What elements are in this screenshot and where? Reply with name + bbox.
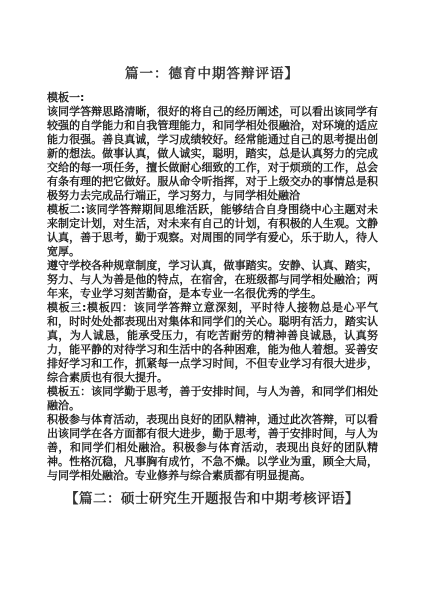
template-2-text: 模板二:该同学答辩期间思维活跃，能够结合自身围绕中心主题对未来制定计划，对生活，… bbox=[47, 203, 378, 259]
template-2-continuation-text: 遵守学校各种规章制度，学习认真，做事踏实。安静、认真、踏实，努力、与人为善是他的… bbox=[47, 259, 378, 301]
document-page: 篇一：德育中期答辩评语】 模板一: 该同学答辩思路清晰，很好的将自己的经历阐述，… bbox=[0, 0, 424, 600]
template-1-label: 模板一: bbox=[47, 91, 378, 105]
template-5-continuation-text: 积极参与体育活动，表现出良好的团队精神，通过此次答辩，可以看出该同学在各方面都有… bbox=[47, 413, 378, 483]
section-title-part-two: 【篇二：硕士研究生开题报告和中期考核评语】 bbox=[0, 483, 424, 507]
template-5-text: 模板五：该同学勤于思考，善于安排时间，与人为善，和同学们相处融洽。 bbox=[47, 385, 378, 413]
document-body: 模板一: 该同学答辩思路清晰，很好的将自己的经历阐述，可以看出该同学有较强的自学… bbox=[47, 91, 378, 483]
template-1-text: 该同学答辩思路清晰，很好的将自己的经历阐述，可以看出该同学有较强的自学能力和自我… bbox=[47, 105, 378, 203]
section-title-part-one: 篇一：德育中期答辩评语】 bbox=[0, 0, 424, 82]
template-3-4-text: 模板三:模板四：该同学答辩立意深刻，平时待人接物总是心平气和，时时处处都表现出对… bbox=[47, 301, 378, 385]
